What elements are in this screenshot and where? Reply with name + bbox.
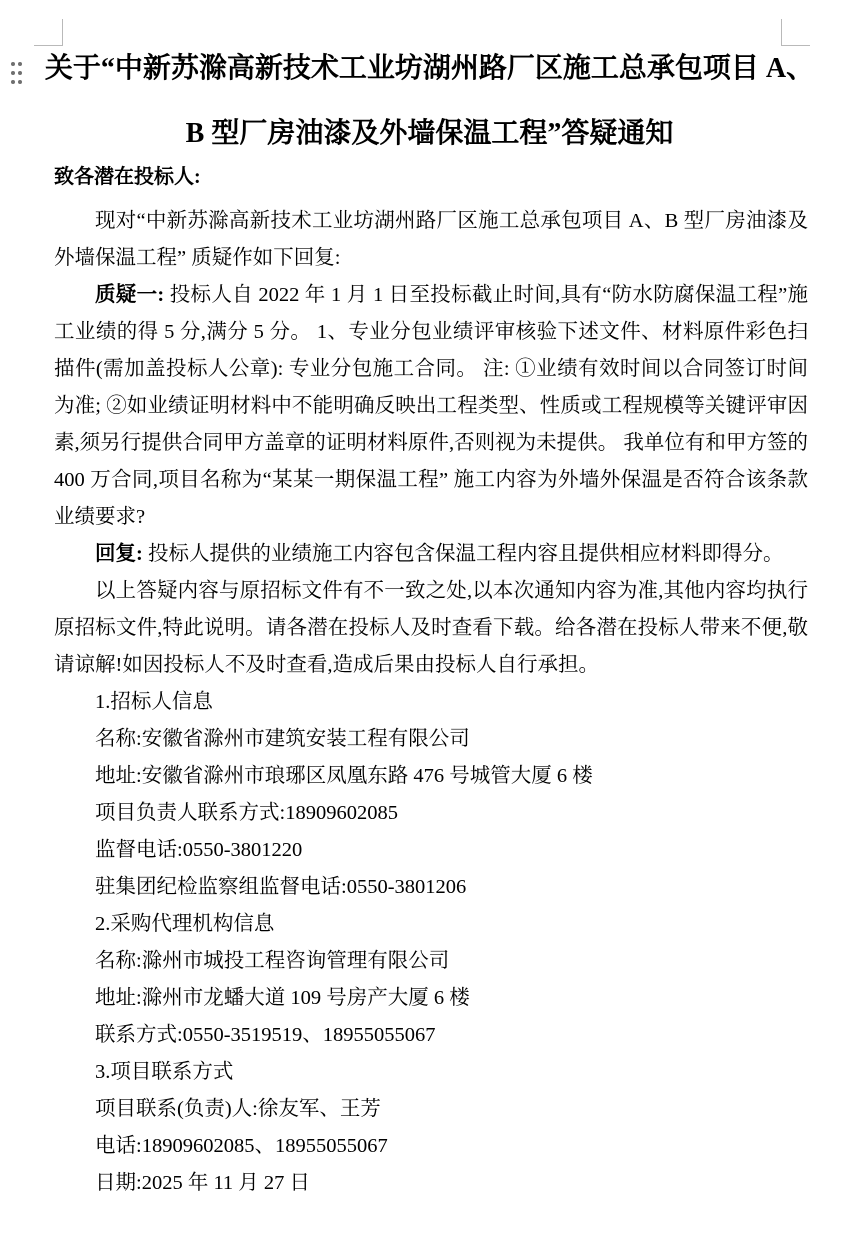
margin-corner-mark-top-right	[781, 19, 810, 46]
paragraph: 日期:2025 年 11 月 27 日	[54, 1165, 808, 1202]
document-title: 关于“中新苏滁高新技术工业坊湖州路厂区施工总承包项目 A、 B 型厂房油漆及外墙…	[0, 0, 859, 166]
paragraph: 地址:滁州市龙蟠大道 109 号房产大厦 6 楼	[54, 980, 808, 1017]
document-page: 关于“中新苏滁高新技术工业坊湖州路厂区施工总承包项目 A、 B 型厂房油漆及外墙…	[0, 0, 859, 1243]
salutation: 致各潜在投标人:	[54, 166, 859, 188]
paragraph: 项目联系(负责)人:徐友军、王芳	[54, 1091, 808, 1128]
dot	[18, 71, 22, 75]
paragraph: 1.招标人信息	[54, 684, 808, 721]
dot	[18, 62, 22, 66]
margin-corner-mark-top-left	[34, 19, 63, 46]
paragraph: 回复: 投标人提供的业绩施工内容包含保温工程内容且提供相应材料即得分。	[54, 536, 808, 573]
paragraph: 2.采购代理机构信息	[54, 906, 808, 943]
paragraph: 项目负责人联系方式:18909602085	[54, 795, 808, 832]
dot	[11, 71, 15, 75]
paragraph: 监督电话:0550-3801220	[54, 832, 808, 869]
document-body: 现对“中新苏滁高新技术工业坊湖州路厂区施工总承包项目 A、B 型厂房油漆及外墙保…	[54, 203, 808, 1202]
paragraph: 电话:18909602085、18955055067	[54, 1128, 808, 1165]
title-line-2: B 型厂房油漆及外墙保温工程”答疑通知	[40, 101, 819, 166]
paragraph-lead: 回复:	[95, 543, 143, 565]
paragraph: 名称:滁州市城投工程咨询管理有限公司	[54, 943, 808, 980]
paragraph: 3.项目联系方式	[54, 1054, 808, 1091]
paragraph: 驻集团纪检监察组监督电话:0550-3801206	[54, 869, 808, 906]
paragraph: 联系方式:0550-3519519、18955055067	[54, 1017, 808, 1054]
paragraph: 现对“中新苏滁高新技术工业坊湖州路厂区施工总承包项目 A、B 型厂房油漆及外墙保…	[54, 203, 808, 277]
dot	[11, 62, 15, 66]
drag-handle-icon[interactable]	[11, 62, 22, 84]
paragraph-lead: 质疑一:	[95, 284, 164, 306]
paragraph: 地址:安徽省滁州市琅琊区凤凰东路 476 号城管大厦 6 楼	[54, 758, 808, 795]
dot	[18, 80, 22, 84]
title-line-1: 关于“中新苏滁高新技术工业坊湖州路厂区施工总承包项目 A、	[40, 36, 819, 101]
paragraph: 名称:安徽省滁州市建筑安装工程有限公司	[54, 721, 808, 758]
paragraph: 质疑一: 投标人自 2022 年 1 月 1 日至投标截止时间,具有“防水防腐保…	[54, 277, 808, 536]
paragraph: 以上答疑内容与原招标文件有不一致之处,以本次通知内容为准,其他内容均执行原招标文…	[54, 573, 808, 684]
dot	[11, 80, 15, 84]
